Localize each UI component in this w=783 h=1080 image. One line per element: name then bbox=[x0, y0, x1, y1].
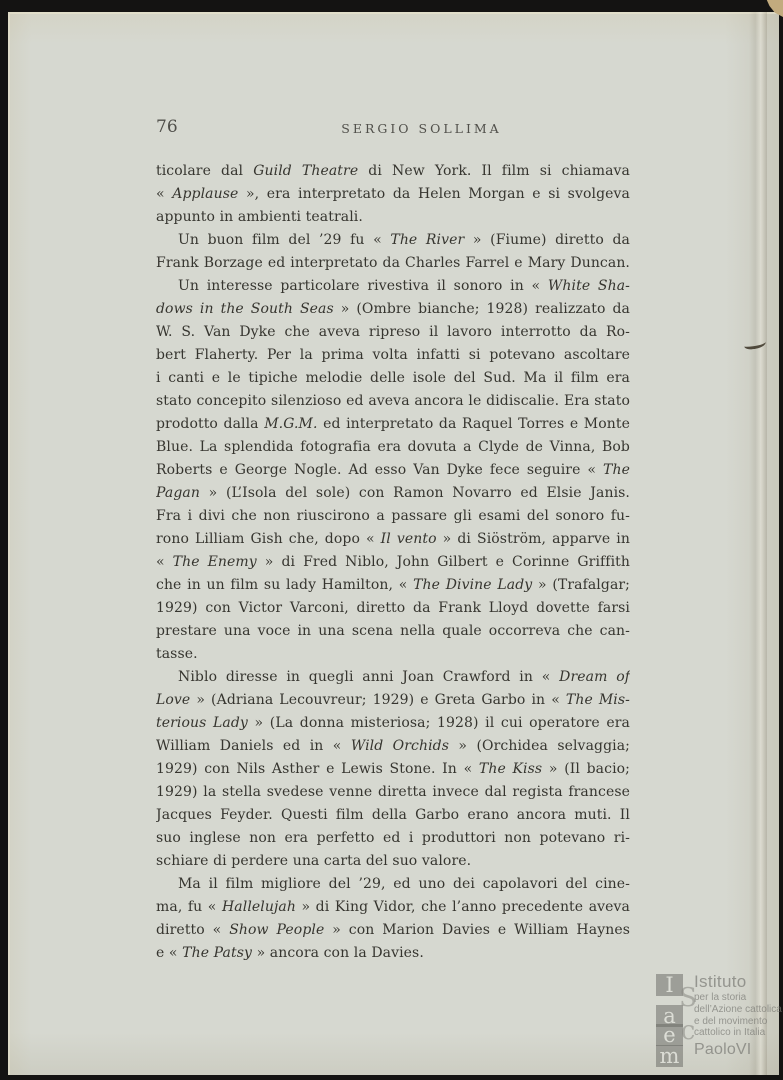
stamp-line-3: e del movimento bbox=[694, 1016, 780, 1028]
text-line: terious Lady » (La donna misteriosa; 192… bbox=[156, 712, 630, 735]
text-line: prodotto dalla M.G.M. ed interpretato da… bbox=[156, 413, 630, 436]
text-line: Blue. La splendida fotografia era dovuta… bbox=[156, 436, 630, 459]
text-line: « The Enemy » di Fred Niblo, John Gilber… bbox=[156, 551, 630, 574]
isacem-stamp: I a e m S c Istituto per la storia dell’… bbox=[648, 972, 780, 1070]
text-line: William Daniels ed in « Wild Orchids » (… bbox=[156, 735, 630, 758]
stamp-line-1: per la storia bbox=[694, 992, 780, 1004]
text-line: Roberts e George Nogle. Ad esso Van Dyke… bbox=[156, 459, 630, 482]
text-line: schiare di perdere una carta del suo val… bbox=[156, 850, 630, 873]
text-line: W. S. Van Dyke che aveva ripreso il lavo… bbox=[156, 321, 630, 344]
text-line: Jacques Feyder. Questi film della Garbo … bbox=[156, 804, 630, 827]
text-line: prestare una voce in una scena nella qua… bbox=[156, 620, 630, 643]
stamp-line-2: dell’Azione cattolica bbox=[694, 1004, 780, 1016]
body-text: ticolare dal Guild Theatre di New York. … bbox=[156, 160, 630, 965]
text-line: e « The Patsy » ancora con la Davies. bbox=[156, 942, 630, 965]
stamp-text: Istituto per la storia dell’Azione catto… bbox=[694, 972, 780, 1060]
text-line: i canti e le tipiche melodie delle isole… bbox=[156, 367, 630, 390]
text-line: bert Flaherty. Per la prima volta infatt… bbox=[156, 344, 630, 367]
text-line: « Applause », era interpretato da Helen … bbox=[156, 183, 630, 206]
stamp-footer: PaoloVI bbox=[694, 1040, 780, 1060]
scanned-book-page: { "header": { "page_number": "76", "runn… bbox=[0, 0, 783, 1080]
stamp-title: Istituto bbox=[694, 972, 780, 992]
text-line: tasse. bbox=[156, 643, 630, 666]
stamp-letter-m: m bbox=[656, 1045, 683, 1067]
text-line: che in un film su lady Hamilton, « The D… bbox=[156, 574, 630, 597]
text-line: Un buon film del ’29 fu « The River » (F… bbox=[156, 229, 630, 252]
text-line: Pagan » (L’Isola del sole) con Ramon Nov… bbox=[156, 482, 630, 505]
text-line: diretto « Show People » con Marion Davie… bbox=[156, 919, 630, 942]
running-header: SERGIO SOLLIMA bbox=[0, 121, 783, 136]
text-line: ma, fu « Hallelujah » di King Vidor, che… bbox=[156, 896, 630, 919]
binding-crease bbox=[749, 12, 767, 1075]
text-line: 1929) la stella svedese venne diretta in… bbox=[156, 781, 630, 804]
text-line: ticolare dal Guild Theatre di New York. … bbox=[156, 160, 630, 183]
text-line: 1929) con Victor Varconi, diretto da Fra… bbox=[156, 597, 630, 620]
text-line: Ma il film migliore del ’29, ed uno dei … bbox=[156, 873, 630, 896]
text-line: Niblo diresse in quegli anni Joan Crawfo… bbox=[156, 666, 630, 689]
text-line: 1929) con Nils Asther e Lewis Stone. In … bbox=[156, 758, 630, 781]
text-line: dows in the South Seas » (Ombre bianche;… bbox=[156, 298, 630, 321]
text-line: stato concepito silenzioso ed aveva anco… bbox=[156, 390, 630, 413]
text-line: Fra i divi che non riuscirono a passare … bbox=[156, 505, 630, 528]
text-line: Frank Borzage ed interpretato da Charles… bbox=[156, 252, 630, 275]
text-line: rono Lilliam Gish che, dopo « Il vento »… bbox=[156, 528, 630, 551]
text-line: Un interesse particolare rivestiva il so… bbox=[156, 275, 630, 298]
text-line: suo inglese non era perfetto ed i produt… bbox=[156, 827, 630, 850]
text-line: Love » (Adriana Lecouvreur; 1929) e Gret… bbox=[156, 689, 630, 712]
text-line: appunto in ambienti teatrali. bbox=[156, 206, 630, 229]
stamp-line-4: cattolico in Italia bbox=[694, 1027, 780, 1039]
